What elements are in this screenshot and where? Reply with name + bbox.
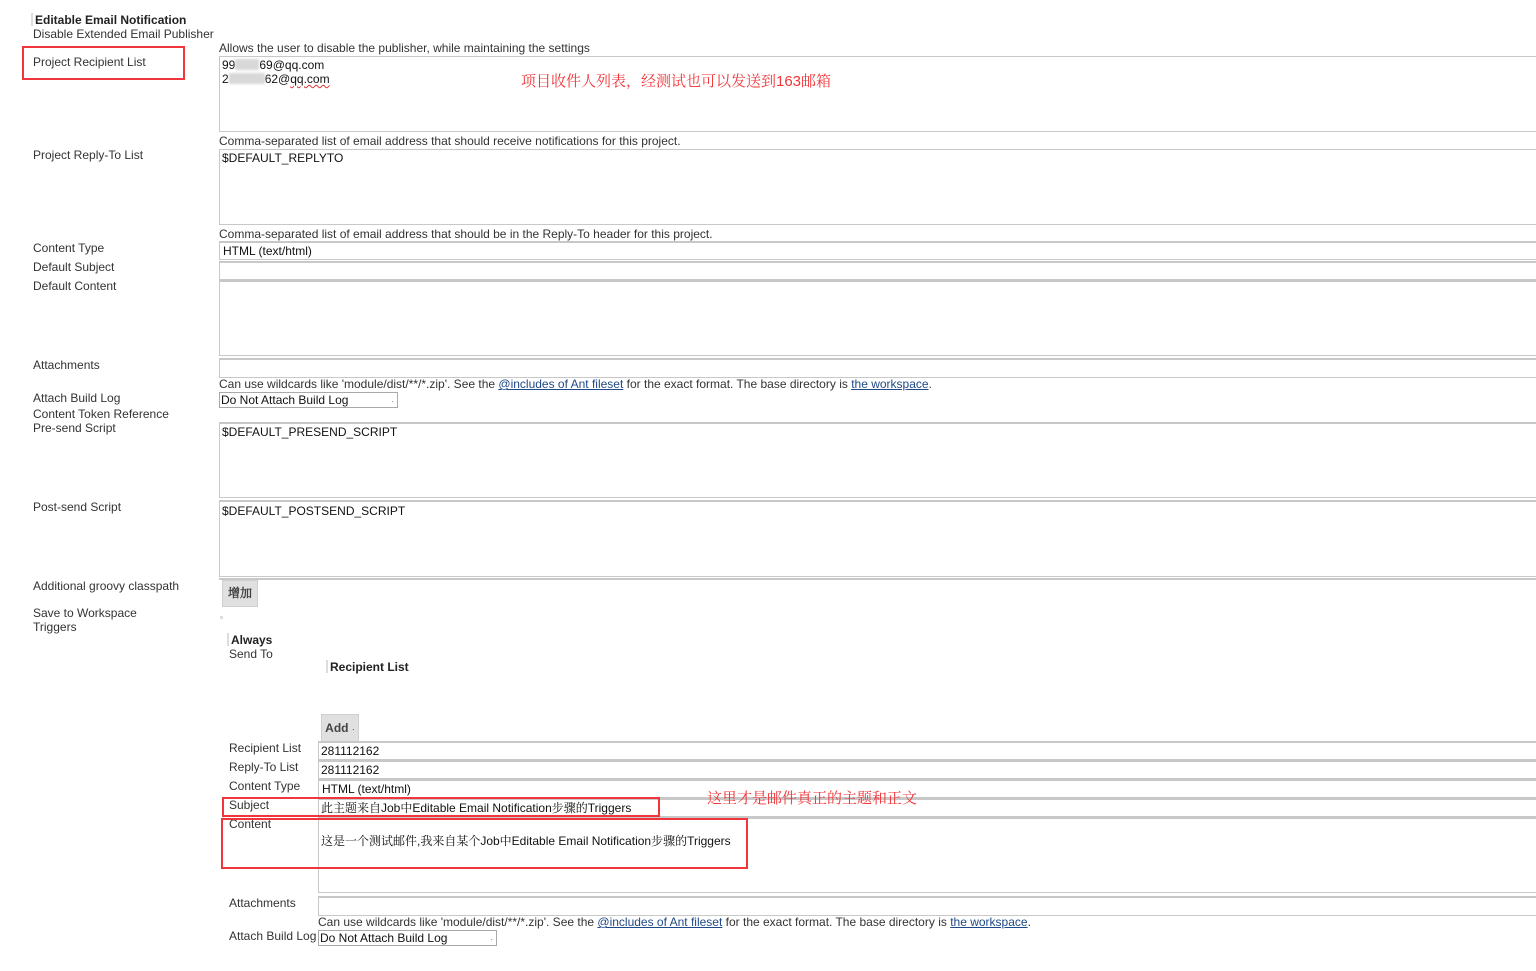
trigger-add-button[interactable]: Add · [321,714,359,742]
attachments-help-suffix: . [929,377,932,391]
content-type-select[interactable]: HTML (text/html) [219,241,1536,260]
trigger-marker [227,633,229,646]
collapsed-marker [220,616,223,619]
trigger-attachments-help: Can use wildcards like 'module/dist/**/*… [318,915,1031,929]
triggers-label: Triggers [33,620,77,634]
trigger-workspace-link[interactable]: the workspace [950,915,1027,929]
trigger-attach-build-log-label: Attach Build Log [229,929,316,943]
attach-build-log-select[interactable]: Do Not Attach Build Log· [219,392,398,408]
recipient-line-2: 262@qq.com [222,72,330,86]
recipient-line-2-domain: qq.com [290,72,329,86]
dropdown-arrow-icon: · [391,395,394,409]
attach-build-log-label: Attach Build Log [33,391,120,405]
trigger-reply-to-input[interactable]: 281112162 [318,760,1536,779]
annotation-box-subject [222,797,660,817]
annotation-subject-note: 这里才是邮件真正的主题和正文 [707,790,917,808]
send-to-label: Send To [229,647,273,661]
save-to-workspace-checkbox-label[interactable]: Save to Workspace [33,606,137,620]
default-subject-input[interactable] [219,261,1536,280]
project-reply-to-label: Project Reply-To List [33,148,143,162]
trigger-reply-to-value: 281112162 [321,763,379,777]
attachments-input[interactable] [219,358,1536,378]
attachments-help: Can use wildcards like 'module/dist/**/*… [219,377,932,391]
recipient-line-1: 9969@qq.com [222,58,324,72]
section-title-text: Editable Email Notification [35,13,186,27]
trigger-add-button-label: Add [325,721,348,735]
trigger-content-type-select[interactable]: HTML (text/html) [318,779,1536,798]
trigger-always-heading: Always [227,633,272,647]
workspace-link[interactable]: the workspace [851,377,928,391]
attachments-label: Attachments [33,358,100,372]
postsend-script-value: $DEFAULT_POSTSEND_SCRIPT [222,504,405,518]
content-type-value: HTML (text/html) [223,244,312,258]
trigger-recipient-list-value: 281112162 [321,744,379,758]
trigger-recipient-list-input[interactable]: 281112162 [318,741,1536,760]
default-content-label: Default Content [33,279,116,293]
attachments-help-middle: for the exact format. The base directory… [623,377,851,391]
dropdown-arrow-icon: · [352,724,355,734]
annotation-recipient-note: 项目收件人列表，经测试也可以发送到163邮箱 [521,73,831,91]
dropdown-arrow-icon: · [490,933,493,947]
trigger-content-type-value: HTML (text/html) [322,782,411,796]
disable-publisher-label[interactable]: Disable Extended Email Publisher [33,27,214,41]
trigger-ant-fileset-link[interactable]: @includes of Ant fileset [597,915,722,929]
recipient-line-1-prefix: 99 [222,58,235,72]
groovy-classpath-add-button[interactable]: 增加 [222,580,258,607]
project-recipient-list-textarea[interactable]: 9969@qq.com 262@qq.com [219,56,1536,132]
recipient-list-heading: Recipient List [326,660,409,674]
postsend-script-label: Post-send Script [33,500,121,514]
project-reply-to-help: Comma-separated list of email address th… [219,227,713,241]
annotation-box-content [221,818,748,869]
trigger-attach-build-log-select[interactable]: Do Not Attach Build Log· [318,930,497,946]
redacted-mask [235,59,259,70]
default-content-textarea[interactable] [219,280,1536,356]
annotation-box-recipient [22,46,185,80]
trigger-attachments-help-prefix: Can use wildcards like 'module/dist/**/*… [318,915,597,929]
section-marker [31,13,33,26]
default-subject-label: Default Subject [33,260,114,274]
attach-build-log-value: Do Not Attach Build Log [221,393,348,407]
recipient-list-marker [326,660,328,673]
divider [219,578,1536,580]
recipient-list-heading-text: Recipient List [330,660,409,674]
presend-script-textarea[interactable]: $DEFAULT_PRESEND_SCRIPT [219,422,1536,498]
content-type-label: Content Type [33,241,104,255]
trigger-attachments-help-suffix: . [1028,915,1031,929]
trigger-attach-build-log-value: Do Not Attach Build Log [320,931,447,945]
ant-fileset-link[interactable]: @includes of Ant fileset [498,377,623,391]
trigger-name: Always [231,633,272,647]
project-reply-to-value: $DEFAULT_REPLYTO [222,151,343,165]
content-token-reference-link[interactable]: Content Token Reference [33,407,169,421]
presend-script-label: Pre-send Script [33,421,116,435]
trigger-attachments-input[interactable] [318,896,1536,916]
groovy-classpath-label: Additional groovy classpath [33,579,179,593]
presend-script-value: $DEFAULT_PRESEND_SCRIPT [222,425,397,439]
postsend-script-textarea[interactable]: $DEFAULT_POSTSEND_SCRIPT [219,500,1536,577]
trigger-attachments-help-middle: for the exact format. The base directory… [722,915,950,929]
trigger-recipient-list-label: Recipient List [229,741,301,755]
section-title: Editable Email Notification [31,13,186,27]
project-reply-to-textarea[interactable]: $DEFAULT_REPLYTO [219,149,1536,225]
trigger-reply-to-label: Reply-To List [229,760,298,774]
attachments-help-prefix: Can use wildcards like 'module/dist/**/*… [219,377,498,391]
disable-publisher-help: Allows the user to disable the publisher… [219,41,590,55]
trigger-content-type-label: Content Type [229,779,300,793]
redacted-mask [229,73,265,84]
project-recipient-list-help: Comma-separated list of email address th… [219,134,681,148]
trigger-attachments-label: Attachments [229,896,296,910]
recipient-line-2-suffix: 62@ [265,72,291,86]
recipient-line-2-prefix: 2 [222,72,229,86]
recipient-line-1-suffix: 69@qq.com [259,58,324,72]
